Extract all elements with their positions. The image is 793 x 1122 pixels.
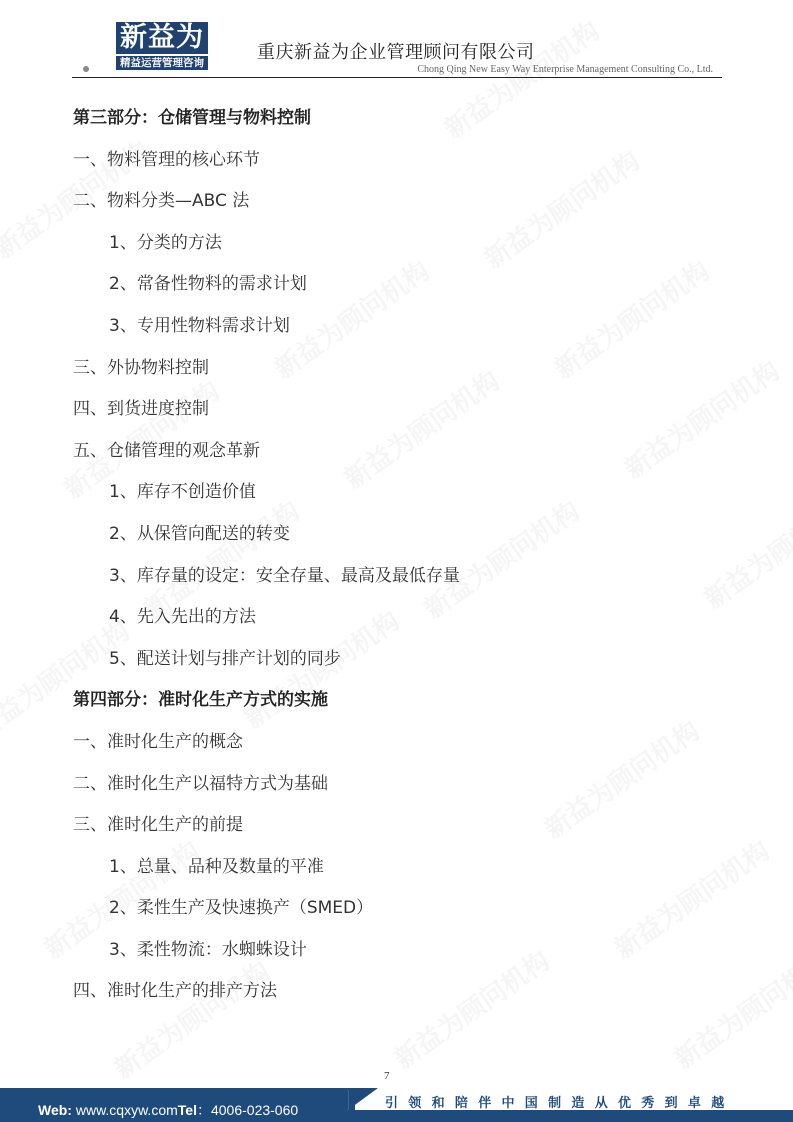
footer-contact: Web: www.cqxyw.comTel：4006-023-060 [38,1100,298,1120]
outline-item: 四、到货进度控制 [73,397,733,439]
outline-subitem: 3、库存量的设定：安全存量、最高及最低存量 [73,564,733,606]
outline-subitem: 2、柔性生产及快速换产（SMED） [73,896,733,938]
outline-item: 三、外协物料控制 [73,356,733,398]
logo-sub-text: 精益运营管理咨询 [116,56,208,70]
outline-item: 四、准时化生产的排产方法 [73,979,733,1021]
bullet-dot-icon [83,66,89,72]
web-link[interactable]: www.cqxyw.com [72,1102,178,1118]
outline-subitem: 4、先入先出的方法 [73,605,733,647]
page-header: 新益为 精益运营管理咨询 重庆新益为企业管理顾问有限公司 Chong Qing … [0,0,793,80]
outline-item: 三、准时化生产的前提 [73,813,733,855]
tel-number: ：4006-023-060 [197,1102,298,1118]
outline-subitem: 1、总量、品种及数量的平准 [73,855,733,897]
outline-item: 一、物料管理的核心环节 [73,148,733,190]
outline-subitem: 3、专用性物料需求计划 [73,314,733,356]
company-name-cn: 重庆新益为企业管理顾问有限公司 [257,38,535,64]
outline-item: 二、准时化生产以福特方式为基础 [73,772,733,814]
company-name-en: Chong Qing New Easy Way Enterprise Manag… [417,64,713,75]
outline-item: 二、物料分类—ABC 法 [73,189,733,231]
page-number: 7 [384,1070,390,1082]
outline-item: 一、准时化生产的概念 [73,730,733,772]
footer-diagonal [348,1088,378,1110]
outline-subitem: 5、配送计划与排产计划的同步 [73,647,733,689]
outline-subitem: 3、柔性物流：水蜘蛛设计 [73,938,733,980]
outline-subitem: 2、从保管向配送的转变 [73,522,733,564]
document-body: 第三部分：仓储管理与物料控制 一、物料管理的核心环节 二、物料分类—ABC 法 … [73,106,733,1021]
tel-label: Tel [178,1102,197,1118]
logo-main-text: 新益为 [116,22,208,54]
outline-subitem: 1、分类的方法 [73,231,733,273]
section-heading: 第四部分：准时化生产方式的实施 [73,688,733,730]
company-logo: 新益为 精益运营管理咨询 [116,22,208,70]
outline-subitem: 1、库存不创造价值 [73,480,733,522]
web-label: Web: [38,1102,72,1118]
header-divider [72,77,722,78]
outline-subitem: 2、常备性物料的需求计划 [73,272,733,314]
section-heading: 第三部分：仓储管理与物料控制 [73,106,733,148]
outline-item: 五、仓储管理的观念革新 [73,439,733,481]
footer-divider [348,1090,349,1110]
footer-slogan: 引领和陪伴中国制造从优秀到卓越 [385,1092,735,1111]
